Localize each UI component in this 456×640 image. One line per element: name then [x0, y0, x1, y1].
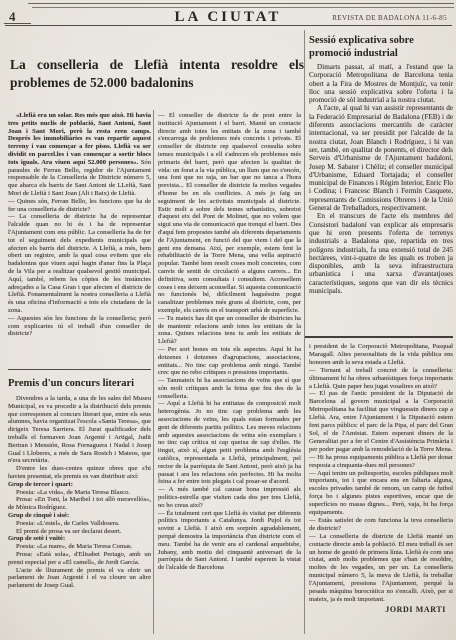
- paragraph: — Tu mateix has dit que un conseller de …: [158, 315, 301, 346]
- contest-body: Divendres a la tarda, a una de les sales…: [8, 395, 151, 590]
- paragraph: D'entre les dues-centes quinze obres que…: [8, 465, 151, 481]
- paragraph: En el transcurs de l'acte els membres de…: [309, 212, 453, 295]
- paragraph: Prosa: «Està sola», d'Elisabet Periago, …: [8, 551, 151, 567]
- paragraph: Prosa: «En Toni, la Maribel i tot allò m…: [8, 496, 151, 512]
- lead-paragraph: «Llefià era un solar. Res més que això. …: [8, 112, 151, 198]
- paragraph: Dimarts passat, al matí, a l'estand que …: [309, 63, 453, 104]
- paragraph: — És totalment cert que Llefià és visita…: [158, 510, 301, 572]
- paragraph: — Tornant al treball concret de la conse…: [309, 367, 453, 391]
- paragraph: — La conselleria de districte ha de repr…: [8, 213, 151, 314]
- paragraph: — El pas de l'antic president de la Dipu…: [309, 390, 453, 453]
- contest-headline: Premis d'un concurs literari: [8, 377, 151, 390]
- paragraph: Grup de cinquè i sisè:: [8, 512, 151, 520]
- industrial-headline: Sessió explicativa sobre promoció indust…: [309, 34, 455, 60]
- paragraph: Grup de setè i vuitè:: [8, 535, 151, 543]
- paragraph: Poesia: «La vida», de Maria Teresa Blasc…: [8, 489, 151, 497]
- main-headline: La conselleria de Llefià intenta resoldr…: [10, 56, 304, 92]
- paragraph: Grup de tercer i quart:: [8, 481, 151, 489]
- paragraph: Poesia: «La mare», de Maria Teresa Comas…: [8, 543, 151, 551]
- column-3-industrial-article: Dimarts passat, al matí, a l'estand que …: [309, 63, 453, 334]
- edition-date: REVISTA DE BADALONA 11-6-85: [332, 14, 447, 22]
- paragraph: Divendres a la tarda, a una de les sales…: [8, 395, 151, 465]
- column-3-section-rule: [305, 336, 453, 338]
- top-rule: [28, 3, 454, 4]
- column-1-contest-article: Premis d'un concurs literari Divendres a…: [8, 377, 151, 635]
- paragraph: A l'acte, al qual hi van assistir repres…: [309, 104, 453, 212]
- newspaper-page: 4 LA CIUTAT REVISTA DE BADALONA 11-6-85 …: [0, 0, 456, 640]
- column-2-interview: — El conseller de districte fa de pont e…: [158, 112, 301, 634]
- paragraph: Poesia: «L'estel», de Carles Valldosera.: [8, 520, 151, 528]
- paragraph: — Tanmateix hi ha associacions de veïns …: [158, 377, 301, 400]
- paragraph: — El conseller de districte fa de pont e…: [158, 112, 301, 315]
- paragraph: — La conselleria de districte de Llefià …: [309, 533, 453, 602]
- paragraph: — Hi ha prous equipaments pública a Llef…: [309, 454, 453, 470]
- paragraph: — Quines són, Ferran Bello, les funcions…: [8, 198, 151, 214]
- column-1-section-rule: [8, 369, 151, 370]
- paragraph: — Per sort bones en tots els aspectes. A…: [158, 346, 301, 377]
- paragraph: i president de la Corporació Metropolita…: [309, 343, 453, 367]
- column-1-interview: «Llefià era un solar. Res més que això. …: [8, 112, 151, 365]
- paragraph: — Aquí a Llefià hi ha entitatas de compo…: [158, 400, 301, 486]
- column-divider-1: [153, 110, 154, 634]
- masthead-rule: [5, 25, 452, 26]
- column-3-interview-continuation: i president de la Corporació Metropolita…: [309, 343, 453, 602]
- page-number-underline: [4, 23, 31, 24]
- column-divider-2: [304, 30, 305, 634]
- paragraph: — Aquí tenim un poliesportiu, escoles pú…: [309, 470, 453, 517]
- author-byline: JORDI MARTI: [309, 605, 446, 614]
- paragraph: — A més també cal causar bona impressió …: [158, 486, 301, 509]
- paragraph: El premi de prosa va ser declarat desert…: [8, 528, 151, 536]
- top-rule-secondary: [32, 7, 454, 8]
- paragraph: — Aquestes són les funcions de la consel…: [8, 315, 151, 338]
- newspaper-title: LA CIUTAT: [175, 9, 282, 26]
- paragraph: L'acte de lliurament de premis el va obr…: [8, 567, 151, 590]
- paragraph: — Estàs satisfet de com funciona la teva…: [309, 517, 453, 533]
